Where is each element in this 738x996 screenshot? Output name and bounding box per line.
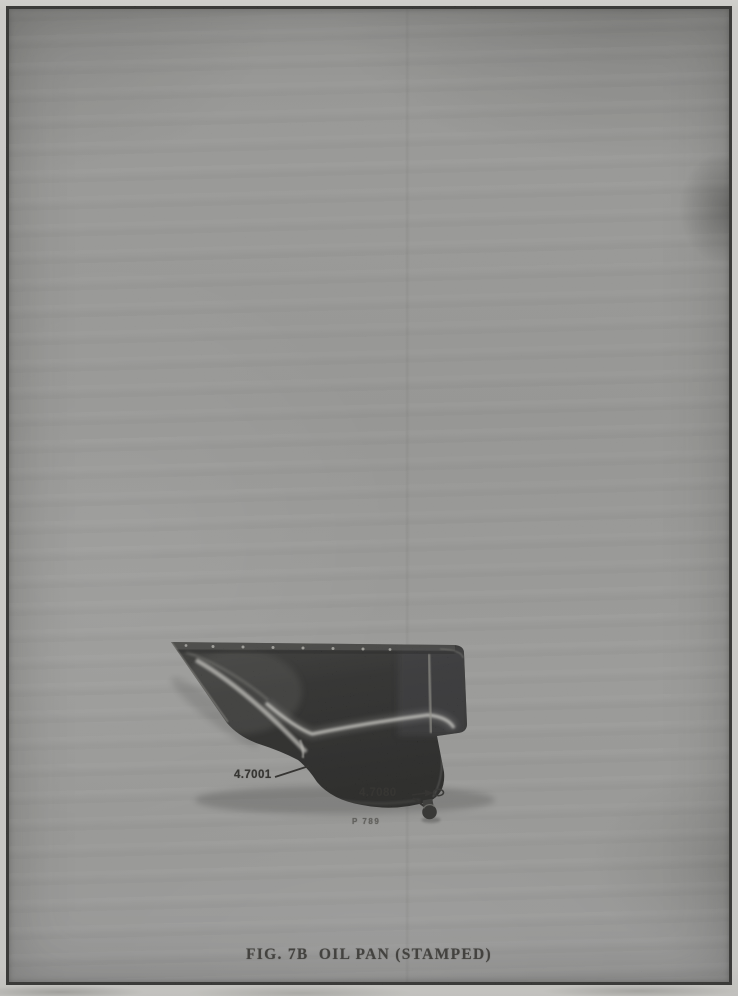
part-label-oil-pan: 4.7001	[234, 770, 272, 782]
photo-id: P 789	[352, 818, 380, 826]
oil-pan-illustration	[0, 0, 738, 996]
part-label-drain-plug: 4.7080	[359, 788, 397, 800]
catalog-page: 4.7001 4.7080 P 789 FIG. 7B OIL PAN (STA…	[0, 0, 738, 996]
pan-silhouette	[166, 642, 495, 815]
figure-caption: FIG. 7B OIL PAN (STAMPED)	[0, 946, 738, 965]
